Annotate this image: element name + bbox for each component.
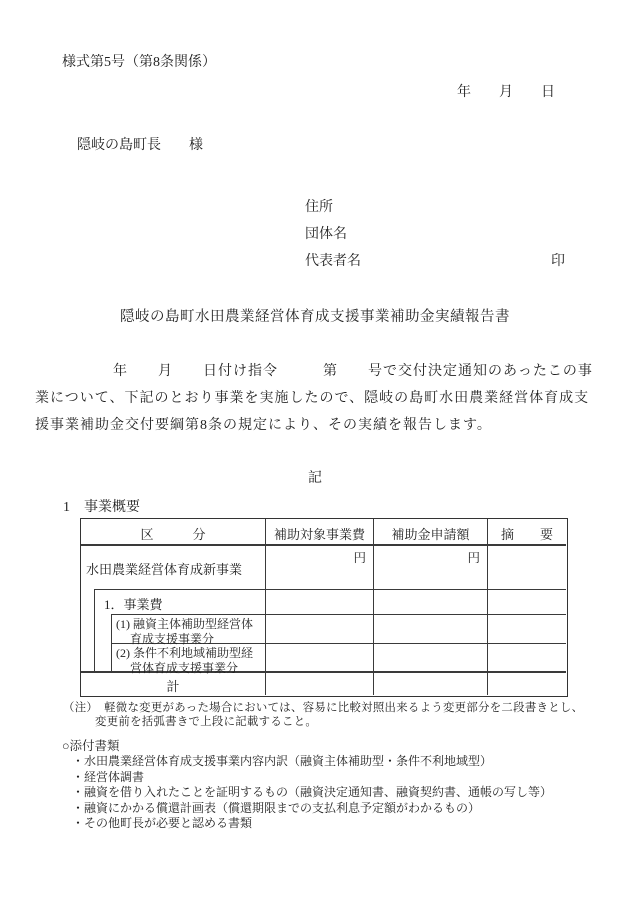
section1-heading: 1 事業概要 xyxy=(63,496,140,516)
body-paragraph: 年 月 日付け指令 第 号で交付決定通知のあったこの事 業について、下記のとおり… xyxy=(35,358,599,439)
col-header-subsidy-cost: 補助対象事業費 xyxy=(266,524,373,543)
body-line: 援事業補助金交付要綱第8条の規定により、その実績を報告します。 xyxy=(35,412,599,439)
row-expense-label: 1．事業費 xyxy=(104,594,163,613)
row-total-label: 計 xyxy=(81,676,265,695)
address-label: 住所 xyxy=(305,196,333,216)
attachment-item: ・経営体調書 xyxy=(72,770,552,785)
addressee: 隠岐の島町長 様 xyxy=(77,134,203,154)
row-item2-label: (2) 条件不利地域補助型経 営体育成支援事業分 xyxy=(116,646,253,675)
body-line: 年 月 日付け指令 第 号で交付決定通知のあったこの事 xyxy=(35,358,599,385)
table-note: （注） 軽微な変更があった場合においては、容易に比較対照出来るよう変更部分を二段… xyxy=(63,701,583,729)
attachments-heading: ○添付書類 xyxy=(62,739,552,754)
table-nested-vline xyxy=(94,589,95,671)
attachment-item: ・融資を借り入れたことを証明するもの（融資決定通知書、融資契約書、通帳の写し等） xyxy=(72,785,552,800)
table-nested-vline xyxy=(111,614,112,671)
row-item1-line2: 育成支援事業分 xyxy=(116,632,253,647)
body-line: 業について、下記のとおり事業を実施したので、隠岐の島町水田農業経営体育成支 xyxy=(35,385,599,412)
attachment-item: ・水田農業経営体育成支援事業内容内訳（融資主体補助型・条件不利地域型） xyxy=(72,754,552,769)
attachment-item: ・その他町長が必要と認める書類 xyxy=(72,816,552,831)
table-header-line xyxy=(81,544,566,546)
yen-unit-cost: 円 xyxy=(266,548,366,566)
org-name-label: 団体名 xyxy=(305,223,347,243)
note-line1: （注） 軽微な変更があった場合においては、容易に比較対照出来るよう変更部分を二段… xyxy=(63,701,583,715)
table-hline xyxy=(111,614,566,615)
note-line2: 変更前を括弧書きで上段に記載すること。 xyxy=(95,715,583,729)
project-summary-table: 区 分 補助対象事業費 補助金申請額 摘 要 円 円 水田農業経営体育成新事業 … xyxy=(80,518,568,697)
col-header-remarks: 摘 要 xyxy=(488,524,566,543)
row-item1-line1: (1) 融資主体補助型経営体 xyxy=(116,617,253,632)
document-page: 様式第5号（第8条関係） 年 月 日 隠岐の島町長 様 住所 団体名 代表者名 … xyxy=(0,0,630,915)
row-item2-line1: (2) 条件不利地域補助型経 xyxy=(116,646,253,661)
row-item2-line2: 営体育成支援事業分 xyxy=(116,661,253,676)
table-hline xyxy=(94,589,566,590)
yen-unit-amount: 円 xyxy=(374,548,480,566)
col-header-category: 区 分 xyxy=(81,524,265,543)
record-mark: 記 xyxy=(0,467,630,487)
col-header-request-amount: 補助金申請額 xyxy=(374,524,487,543)
attachment-item: ・融資にかかる償還計画表（償還期限までの支払利息予定額がわかるもの） xyxy=(72,801,552,816)
seal-label: 印 xyxy=(551,250,565,270)
row-main-label: 水田農業経営体育成新事業 xyxy=(86,559,242,578)
form-number: 様式第5号（第8条関係） xyxy=(62,51,216,71)
row-item1-label: (1) 融資主体補助型経営体 育成支援事業分 xyxy=(116,617,253,646)
attachments-section: ○添付書類 ・水田農業経営体育成支援事業内容内訳（融資主体補助型・条件不利地域型… xyxy=(62,739,552,831)
date-line: 年 月 日 xyxy=(457,81,555,101)
document-title: 隠岐の島町水田農業経営体育成支援事業補助金実績報告書 xyxy=(0,305,630,326)
representative-label: 代表者名 xyxy=(305,250,361,270)
